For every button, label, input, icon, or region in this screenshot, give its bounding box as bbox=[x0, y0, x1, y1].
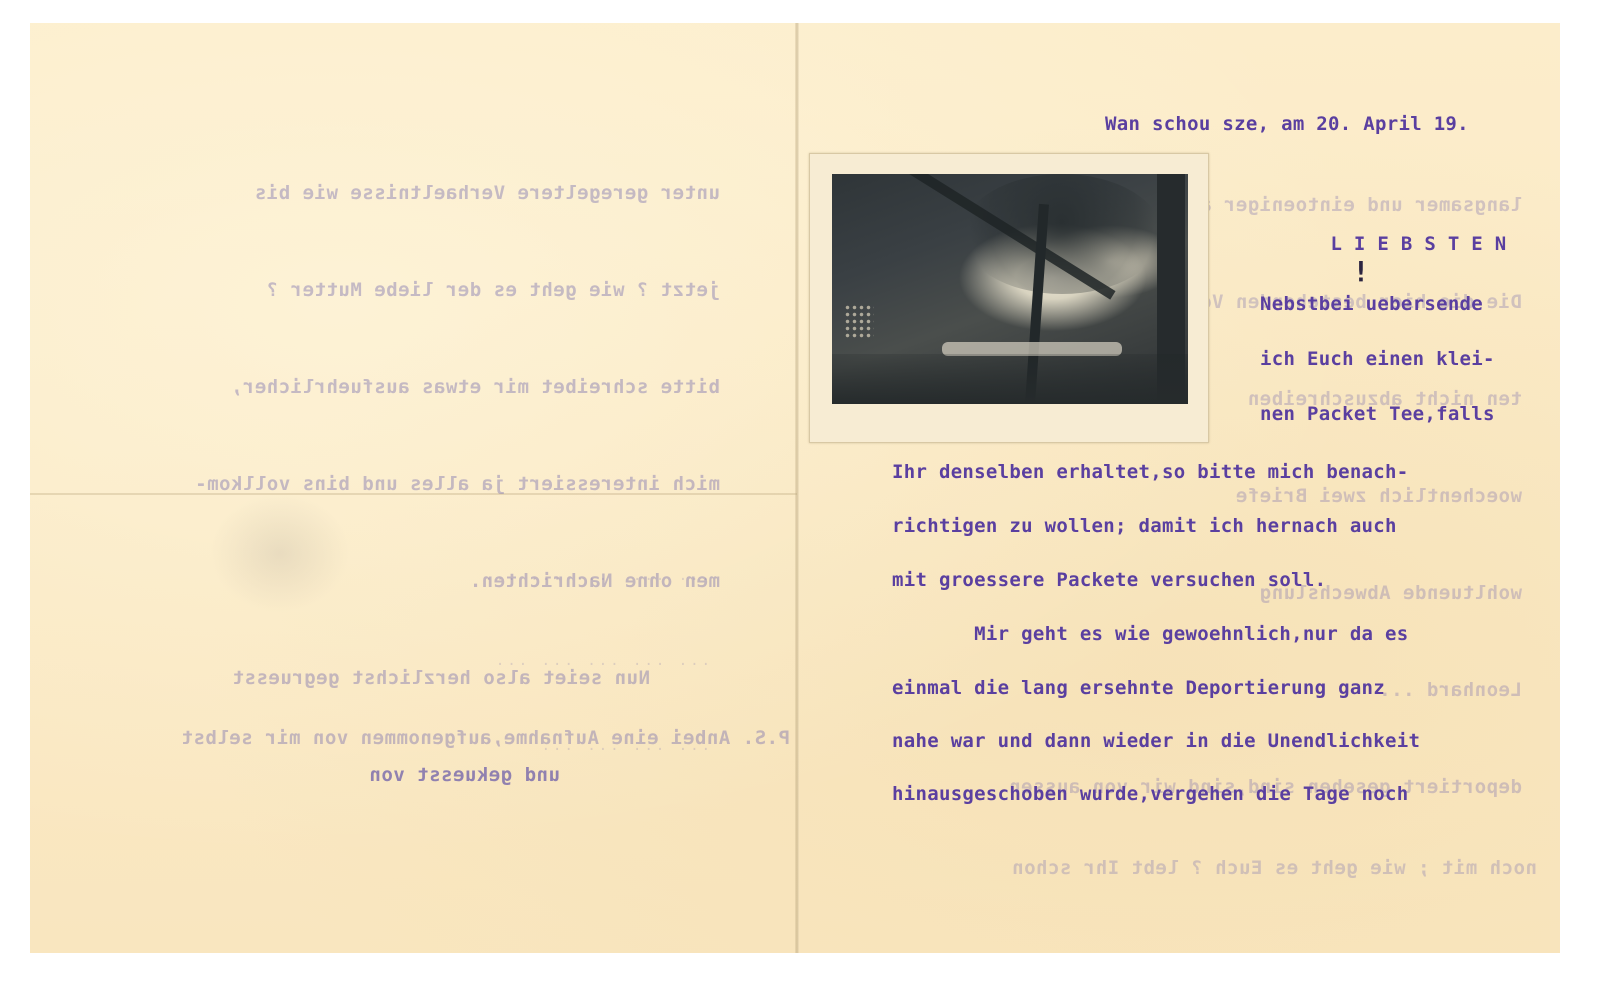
body-line: nen Packet Tee,falls bbox=[1260, 403, 1495, 425]
letter-sheet: unter geregeltere Verhaeltnisse wie bis … bbox=[30, 23, 1560, 953]
right-page: langsamer und eintoeniger als bis jetzt … bbox=[797, 23, 1560, 953]
bleed-line: P.S. Anbei eine Aufnahme,aufgenommen von… bbox=[30, 712, 790, 765]
postscript-bleed: P.S. Anbei eine Aufnahme,aufgenommen von… bbox=[30, 668, 790, 809]
body-line: richtigen zu wollen; damit ich hernach a… bbox=[892, 515, 1397, 537]
body-line: hinausgeschoben wurde,vergehen die Tage … bbox=[892, 783, 1409, 805]
dateline: Wan schou sze, am 20. April 19. bbox=[1105, 113, 1469, 135]
photo-icon bbox=[832, 174, 1188, 404]
body-line: Nebstbei uebersende bbox=[1260, 293, 1483, 315]
body-line: mit groessere Packete versuchen soll. bbox=[892, 569, 1326, 591]
body-line: Mir geht es wie gewoehnlich,nur da es bbox=[892, 623, 1409, 645]
bleed-line: jetzt ? wie geht es der liebe Mutter ? bbox=[100, 264, 720, 317]
bleed-line: noch mit ; wie geht es Euch ? lebt Ihr s… bbox=[817, 842, 1537, 895]
right-bleed-bottom: noch mit ; wie geht es Euch ? lebt Ihr s… bbox=[817, 798, 1537, 939]
left-page: unter geregeltere Verhaeltnisse wie bis … bbox=[30, 23, 797, 953]
body-line: Ihr denselben erhaltet,so bitte mich ben… bbox=[892, 461, 1409, 483]
faint-line: ... ... ... ... ... bbox=[150, 550, 710, 603]
salutation-mark: ! bbox=[1352, 255, 1369, 288]
body-line: ich Euch einen klei- bbox=[1260, 348, 1495, 370]
bleed-line: unter geregeltere Verhaeltnisse wie bis bbox=[100, 167, 720, 220]
body-line: einmal die lang ersehnte Deportierung ga… bbox=[892, 677, 1385, 699]
salutation-text: L I E B S T E N bbox=[1330, 233, 1506, 255]
bleed-line: mich interessiert ja alles und bins voll… bbox=[100, 458, 720, 511]
photo-mount bbox=[809, 153, 1209, 443]
bleed-line: bitte schreibet mir etwas ausfuehrlicher… bbox=[100, 361, 720, 414]
body-line: nahe war und dann wieder in die Unendlic… bbox=[892, 730, 1420, 752]
